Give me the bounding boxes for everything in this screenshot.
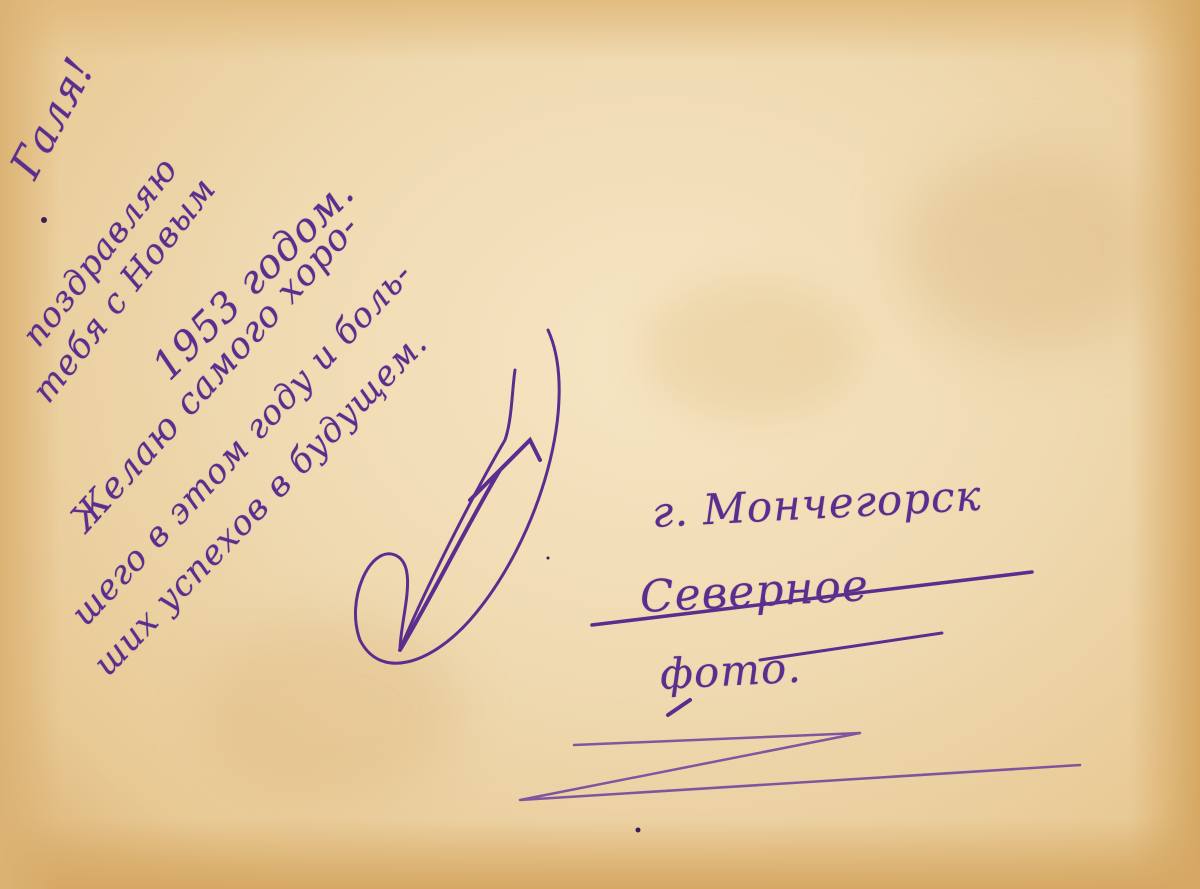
ink-dot <box>636 828 641 833</box>
underline <box>668 700 690 715</box>
ink-dot <box>41 217 47 223</box>
underline <box>592 572 1032 625</box>
signature-loop <box>355 330 559 663</box>
zigzag-flourish <box>520 733 1080 800</box>
ink-dot <box>547 557 550 560</box>
photo-card-back: Галя! поздравляю тебя с Новым 1953 годом… <box>0 0 1200 889</box>
underline <box>760 633 942 660</box>
ink-strokes <box>0 0 1200 889</box>
